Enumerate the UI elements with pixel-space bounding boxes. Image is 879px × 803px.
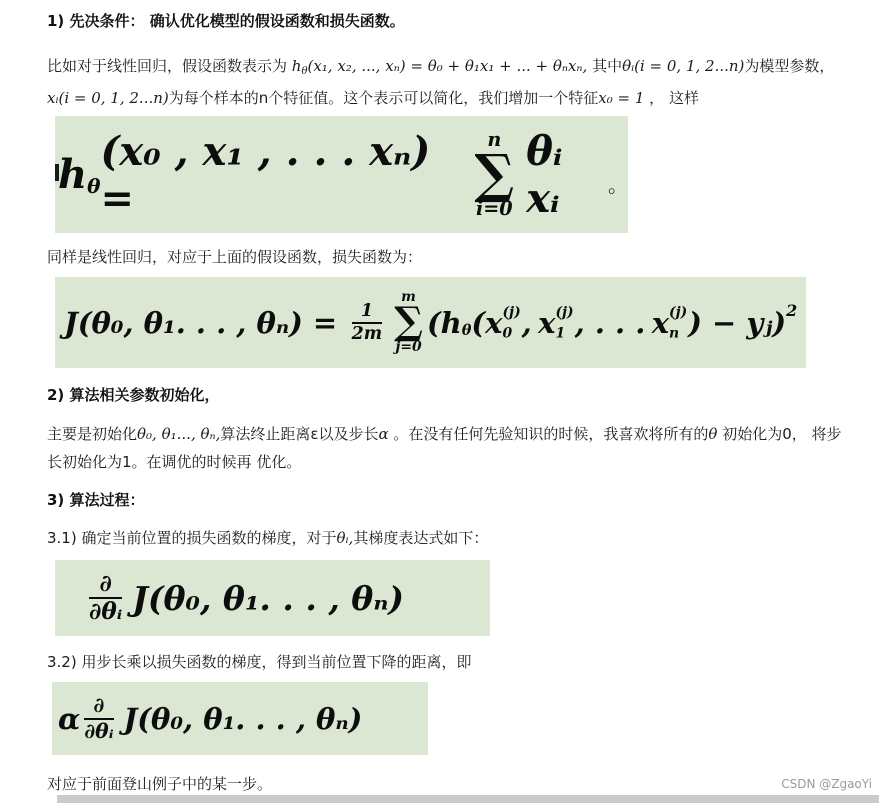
math-arguments: (x₀ , x₁ , . . . xₙ) = (100, 128, 451, 222)
heading-text: 1) 先决条件： 确认优化模型的假设函数和损失函数。 (47, 12, 405, 30)
text-run: 长初始化为1。在调优的时候再 优化。 (47, 453, 301, 471)
heading-text: 2) 算法相关参数初始化， (47, 386, 220, 404)
fraction-numerator: 1 (361, 302, 373, 320)
math-lhs: J(θ₀, θ₁. . . , θₙ) = (64, 306, 337, 340)
text-run: 3.2) 用步长乘以损失函数的梯度，得到当前位置下降的距离，即 (47, 653, 471, 671)
text-run: 为模型参数， (744, 57, 834, 75)
fraction-numerator: ∂ (94, 695, 105, 716)
subscript-0: 0 (502, 327, 512, 341)
xn-superscript-subscript: (j)n (669, 307, 687, 341)
fraction-1-over-2m: 12m (352, 302, 383, 343)
csdn-watermark: CSDN @ZgaoYi (781, 777, 872, 791)
math-theta-subscript: θ (87, 174, 100, 198)
sigma-lower-limit: j=0 (395, 341, 421, 354)
fraction-denominator: 2m (352, 325, 383, 343)
cjk-period: 。 (608, 169, 628, 198)
text-run: 其中 (587, 57, 622, 75)
math-separator: , . . . (575, 306, 646, 340)
inline-math: θᵢ, (336, 529, 353, 547)
formula-loss-function-image: J(θ₀, θ₁. . . , θₙ) =12mm∑j=0(hθ(x(j)0,x… (55, 277, 806, 368)
section-heading-prerequisites: 1) 先决条件： 确认优化模型的假设函数和损失函数。 (47, 10, 405, 31)
math-theta-x-terms: θᵢ xᵢ (526, 128, 604, 222)
math-theta-subscript: θ (462, 322, 472, 339)
superscript-j: (j) (502, 307, 520, 321)
superscript-j: (j) (555, 307, 573, 321)
subscript-n: n (669, 327, 679, 341)
fraction-partial-derivative: ∂∂θᵢ (89, 572, 122, 624)
sigma-lower-limit: i=0 (476, 200, 513, 218)
math-x: x (538, 306, 555, 340)
formula-gradient-image: ∂∂θᵢJ(θ₀, θ₁. . . , θₙ) (55, 560, 490, 636)
paragraph-loss-function-intro: 同样是线性回归，对应于上面的假设函数，损失函数为： (47, 243, 422, 271)
fraction-numerator: ∂ (99, 572, 111, 596)
heading-text: 3) 算法过程： (47, 491, 145, 509)
sigma-operator: ∑ (474, 149, 514, 199)
x0-superscript-subscript: (j)0 (502, 307, 520, 341)
inline-math: (x₁, x₂, ..., xₙ) = θ₀ + θ₁x₁ + ... + θₙ… (307, 57, 587, 75)
paragraph-closing: 对应于前面登山例子中的某一步。 (47, 770, 272, 798)
text-run: 。在没有任何先验知识的时候，我喜欢将所有的 (389, 425, 709, 443)
text-run: 同样是线性回归，对应于上面的假设函数，损失函数为： (47, 248, 422, 266)
article-page: 1) 先决条件： 确认优化模型的假设函数和损失函数。 比如对于线性回归，假设函数… (0, 0, 879, 803)
fraction-denominator: ∂θᵢ (84, 721, 113, 742)
fraction-denominator: ∂θᵢ (89, 600, 122, 624)
math-alpha: α (58, 702, 80, 736)
section-heading-algorithm-process: 3) 算法过程： (47, 489, 145, 510)
sigma-sum: m∑j=0 (394, 291, 423, 354)
formula-hypothesis-function-image: hθ(x₀ , x₁ , . . . xₙ) =n∑i=0θᵢ xᵢ。 (55, 116, 628, 233)
inline-math: θ₀, θ₁..., θₙ, (137, 425, 220, 443)
text-run: 比如对于线性回归，假设函数表示为 (47, 57, 292, 75)
horizontal-scrollbar[interactable] (57, 795, 879, 803)
text-run: ， 这样 (644, 89, 699, 107)
text-run: 对应于前面登山例子中的某一步。 (47, 775, 272, 793)
fraction-partial-derivative: ∂∂θᵢ (84, 695, 113, 742)
paragraph-step-3-2: 3.2) 用步长乘以损失函数的梯度，得到当前位置下降的距离，即 (47, 648, 471, 676)
text-run: 为每个样本的n个特征值。这个表示可以简化，我们增加一个特征 (169, 89, 599, 107)
sigma-operator: ∑ (394, 304, 423, 340)
math-open-paren: ( (471, 306, 485, 340)
paragraph-initialization-line2: 长初始化为1。在调优的时候再 优化。 (47, 448, 301, 476)
section-heading-init-params: 2) 算法相关参数初始化， (47, 384, 220, 405)
paragraph-linear-regression-line2: xᵢ(i = 0, 1, 2...n)为每个样本的n个特征值。这个表示可以简化，… (47, 84, 699, 112)
inline-math: α (378, 425, 388, 443)
inline-math: h (292, 57, 302, 75)
inline-math: x₀ = 1 (598, 89, 644, 107)
superscript-j: (j) (669, 307, 687, 321)
math-separator: , (522, 306, 532, 340)
sigma-sum: n∑i=0 (474, 131, 514, 218)
subscript-1: 1 (555, 327, 565, 341)
text-run: 其梯度表达式如下： (353, 529, 488, 547)
cropped-glyph-fragment (55, 164, 59, 181)
math-tail: ) − yⱼ) (688, 306, 786, 340)
math-x: x (652, 306, 669, 340)
text-run: 初始化为0， 将步 (717, 425, 841, 443)
math-J-terms: J(θ₀, θ₁. . . , θₙ) (132, 579, 404, 618)
text-run: 3.1) 确定当前位置的损失函数的梯度，对于 (47, 529, 336, 547)
formula-step-size-gradient-image: α∂∂θᵢJ(θ₀, θ₁. . . , θₙ) (52, 682, 428, 755)
paragraph-initialization-line1: 主要是初始化θ₀, θ₁..., θₙ,算法终止距离ε以及步长α 。在没有任何先… (47, 420, 842, 448)
math-h: h (58, 151, 87, 198)
math-open-h: (h (427, 306, 462, 340)
math-x: x (485, 306, 502, 340)
inline-math: xᵢ(i = 0, 1, 2...n) (47, 89, 169, 107)
paragraph-step-3-1: 3.1) 确定当前位置的损失函数的梯度，对于θᵢ,其梯度表达式如下： (47, 524, 488, 552)
paragraph-linear-regression-line1: 比如对于线性回归，假设函数表示为 hθ(x₁, x₂, ..., xₙ) = θ… (47, 52, 834, 86)
math-J-terms: J(θ₀, θ₁. . . , θₙ) (124, 702, 363, 736)
text-run: 主要是初始化 (47, 425, 137, 443)
superscript-2: 2 (786, 301, 797, 320)
inline-math: θᵢ(i = 0, 1, 2...n) (622, 57, 744, 75)
x1-superscript-subscript: (j)1 (555, 307, 573, 341)
text-run: 算法终止距离ε以及步长 (220, 425, 378, 443)
